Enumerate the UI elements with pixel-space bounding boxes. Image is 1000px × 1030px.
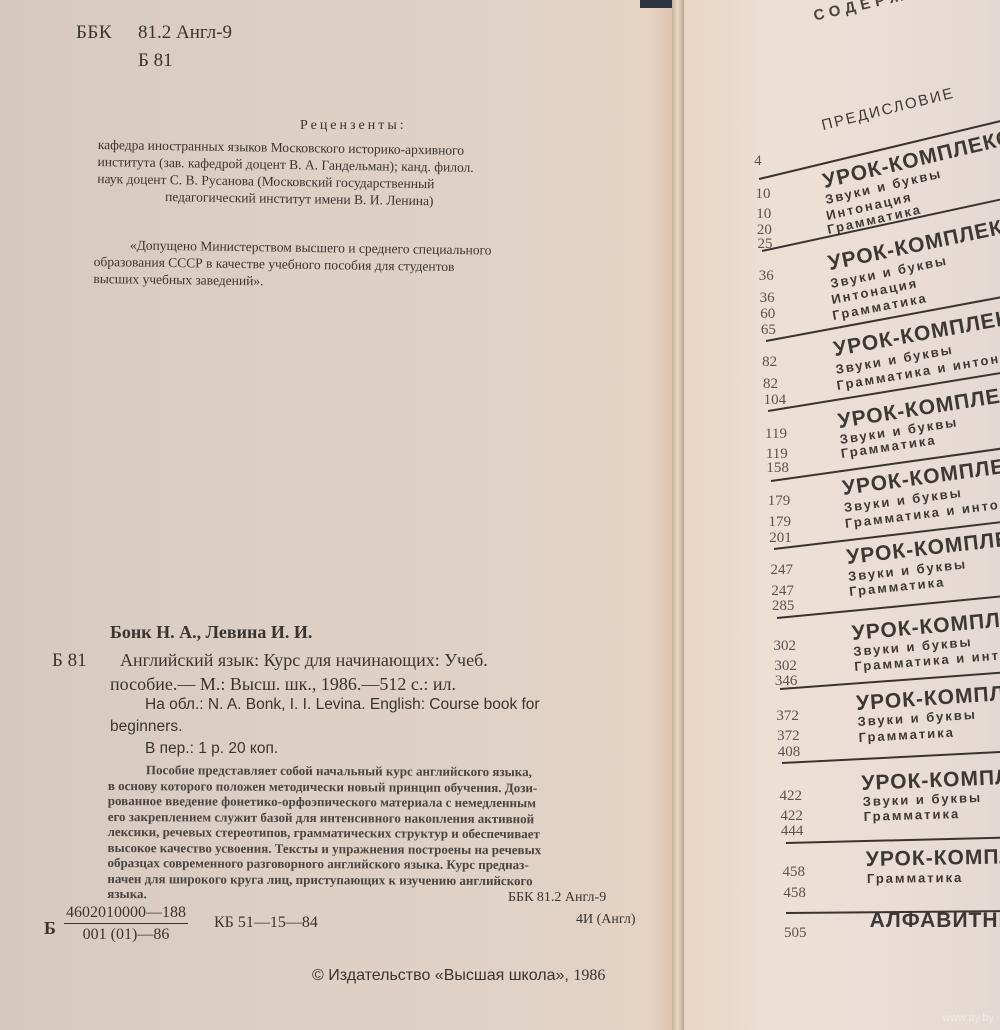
kb-code: КБ 51—15—84: [214, 914, 318, 932]
right-page-contents: СОДЕРЖАНИЕ 4ПРЕДИСЛОВИЕ10УРОК-КОМПЛЕКС10…: [684, 0, 1000, 1030]
left-page-imprint: ББК 81.2 Англ-9 Б 81 Рецензенты: кафедра…: [0, 0, 678, 1030]
annotation-line: начен для широкого круга лиц, приступающ…: [107, 870, 667, 888]
toc-entry-title: ПРЕДИСЛОВИЕ: [820, 85, 956, 134]
toc-page-number: 408: [778, 744, 801, 761]
catalog-authors: Бонк Н. А., Левина И. И.: [110, 622, 312, 643]
isbn-denominator: 001 (01)—86: [64, 924, 188, 944]
toc-page-number: 36: [760, 290, 775, 307]
toc-entry-title: АЛФАВИТНЫЙ: [870, 909, 1000, 933]
catalog-title-line: Английский язык: Курс для начинающих: Уч…: [120, 650, 488, 671]
toc-page-number: 458: [783, 864, 806, 881]
toc-page-number: 119: [765, 426, 787, 443]
toc-page-number: 60: [760, 306, 775, 323]
toc-page-number: 82: [763, 376, 778, 393]
annotation: Пособие представляет собой начальный кур…: [107, 762, 668, 904]
table-of-contents: 4ПРЕДИСЛОВИЕ10УРОК-КОМПЛЕКС10Звуки и бук…: [684, 0, 1000, 1030]
book-gutter: [672, 0, 684, 1030]
bottom-bbk: ББК 81.2 Англ-9: [508, 890, 606, 906]
toc-page-number: 179: [768, 493, 791, 510]
toc-page-number: 10: [756, 206, 771, 223]
catalog-mark: Б 81: [52, 650, 87, 672]
toc-divider: [786, 835, 1000, 844]
copyright-year: 1986: [573, 967, 605, 984]
bbk-label: ББК: [76, 22, 112, 44]
toc-page-number: 247: [770, 562, 793, 579]
toc-page-number: 372: [776, 708, 799, 725]
copyright: © Издательство «Высшая школа», 1986: [312, 967, 605, 985]
toc-entry-title: Звуки и буквы: [862, 790, 982, 809]
toc-page-number: 4: [754, 153, 762, 170]
author-mark: Б 81: [138, 50, 173, 72]
bottom-udc: 4И (Англ): [576, 912, 636, 928]
toc-page-number: 458: [783, 885, 806, 902]
bbk-value: 81.2 Англ-9: [138, 22, 232, 44]
price: В пер.: 1 р. 20 коп.: [145, 740, 278, 758]
toc-divider: [782, 747, 1000, 764]
isbn-numerator: 4602010000—188: [64, 904, 188, 924]
toc-page-number: 372: [777, 728, 800, 745]
toc-entry-title: Грамматика: [863, 806, 960, 824]
toc-page-number: 505: [784, 925, 807, 942]
toc-page-number: 65: [761, 322, 776, 339]
reviewers-title: Рецензенты:: [300, 118, 407, 134]
toc-page-number: 10: [755, 186, 770, 203]
toc-page-number: 302: [774, 638, 797, 655]
toc-page-number: 179: [769, 514, 792, 531]
copyright-icon: ©: [312, 967, 324, 984]
isbn-fraction: 4602010000—188 001 (01)—86: [64, 904, 188, 944]
toc-entry-title: УРОК-КОМПЛЕКС: [866, 845, 1000, 872]
toc-page-number: 422: [780, 788, 803, 805]
reviewers-text: кафедра иностранных языков Московского и…: [97, 136, 618, 212]
watermark: www.ay.by: [942, 1012, 994, 1024]
publisher: Издательство «Высшая школа»,: [328, 967, 569, 984]
cover-title-line: На обл.: N. A. Bonk, I. I. Levina. Engli…: [145, 696, 540, 714]
toc-page-number: 201: [769, 530, 792, 547]
cover-title-line: beginners.: [110, 718, 182, 736]
toc-page-number: 285: [772, 598, 795, 615]
isbn-letter: Б: [44, 918, 56, 939]
toc-page-number: 82: [762, 354, 777, 371]
toc-page-number: 158: [766, 460, 789, 477]
catalog-title-line: пособие.— М.: Высш. шк., 1986.—512 с.: и…: [110, 674, 456, 695]
toc-page-number: 36: [759, 268, 774, 285]
toc-entry-title: Грамматика: [867, 870, 964, 886]
ministry-approval: «Допущено Министерством высшего и средне…: [93, 236, 614, 294]
toc-page-number: 444: [781, 823, 804, 840]
